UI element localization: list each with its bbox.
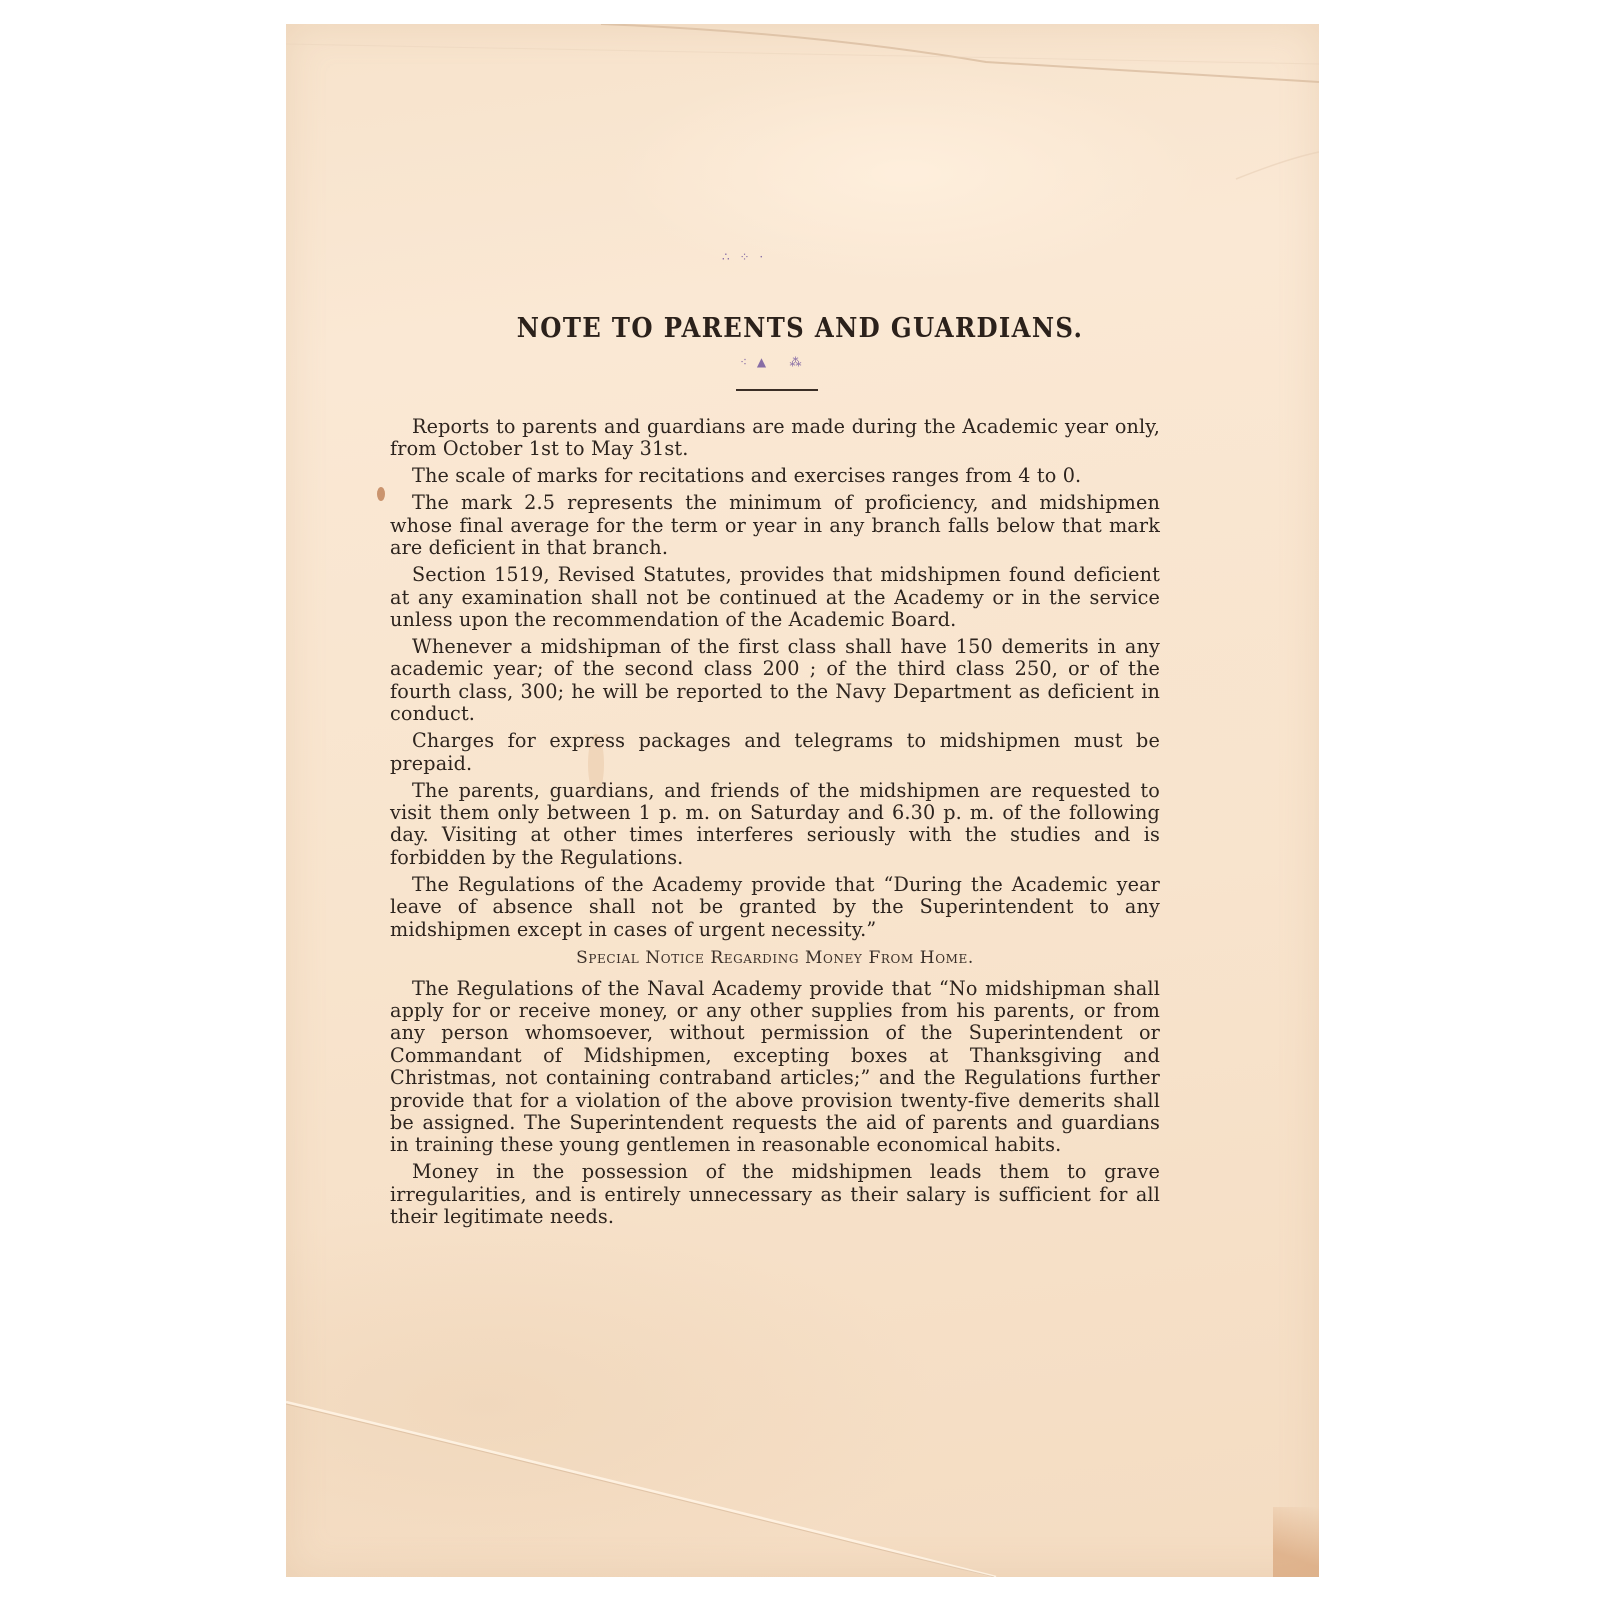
paragraph-money-possession: Money in the possession of the midshipme… [390, 1161, 1160, 1228]
title-divider [736, 389, 818, 391]
corner-stain [1273, 1507, 1319, 1577]
paragraph-charges: Charges for express packages and telegra… [390, 730, 1160, 775]
stamp-ink-specks-bottom: ⁖ ▲ ⁂ [740, 355, 805, 369]
paragraph-visiting: The parents, guardians, and friends of t… [390, 780, 1160, 870]
stamp-ink-specks-top: ∴ ⁘ · [722, 250, 766, 264]
paragraph-money-regulations: The Regulations of the Naval Academy pro… [390, 978, 1160, 1157]
special-notice-heading: Special Notice Regarding Money From Home… [390, 947, 1160, 969]
document-body: Reports to parents and guardians are mad… [390, 416, 1160, 1233]
document-title: NOTE TO PARENTS AND GUARDIANS. [80, 313, 1520, 344]
paragraph-leave: The Regulations of the Academy provide t… [390, 874, 1160, 941]
paragraph-marks-scale: The scale of marks for recitations and e… [390, 465, 1160, 487]
paragraph-section-1519: Section 1519, Revised Statutes, provides… [390, 564, 1160, 631]
paragraph-proficiency: The mark 2.5 represents the minimum of p… [390, 492, 1160, 559]
paragraph-report-period: Reports to parents and guardians are mad… [390, 416, 1160, 461]
paragraph-demerits: Whenever a midshipman of the first class… [390, 636, 1160, 726]
